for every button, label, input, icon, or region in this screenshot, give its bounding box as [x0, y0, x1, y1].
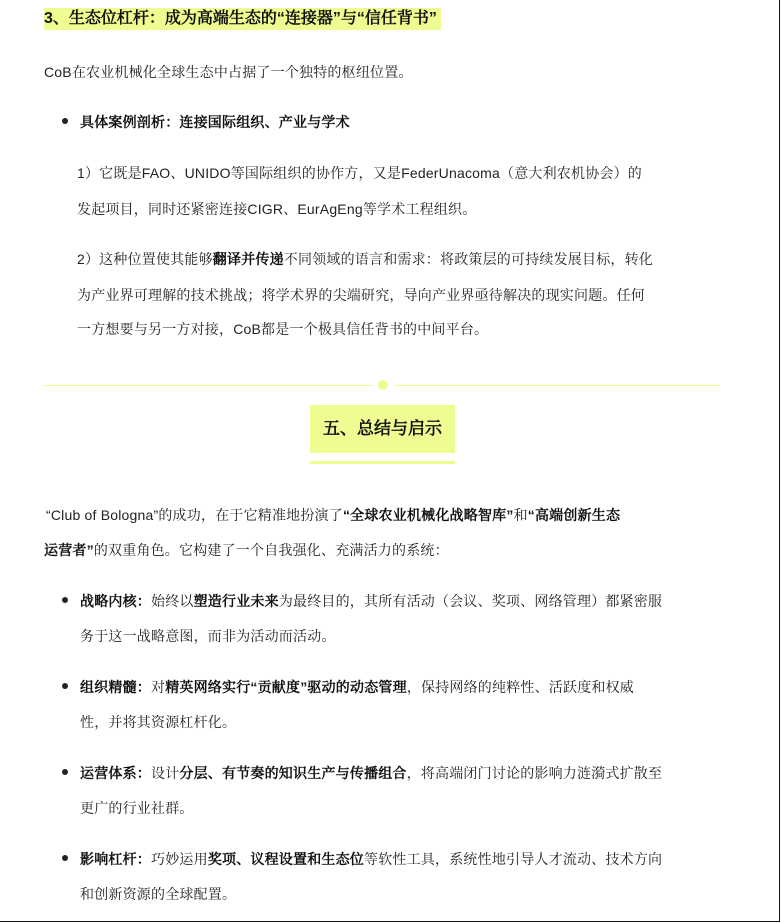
list-item-organization: 组织精髓：对精英网络实行“贡献度”驱动的动态管理，保持网络的纯粹性、活跃度和权威 — [80, 677, 634, 697]
section-underline — [310, 461, 455, 464]
list-item-strategy: 战略内核：始终以塑造行业未来为最终目的，其所有活动（会议、奖项、网络管理）都紧密… — [80, 591, 662, 611]
summary-line2: 运营者”的双重角色。它构建了一个自我强化、充满活力的系统： — [44, 540, 449, 560]
section-title: 五、总结与启示 — [310, 405, 455, 453]
bullet-icon — [62, 597, 68, 603]
bullet-icon — [62, 855, 68, 861]
intro-paragraph: CoB在农业机械化全球生态中占据了一个独特的枢纽位置。 — [44, 62, 413, 82]
point2-line2: 为产业界可理解的技术挑战；将学术界的尖端研究，导向产业界亟待解决的现实问题。任何 — [77, 285, 645, 305]
point2-line1: 2）这种位置使其能够翻译并传递不同领域的语言和需求：将政策层的可持续发展目标，转… — [77, 249, 653, 269]
list-item-influence: 影响杠杆：巧妙运用奖项、议程设置和生态位等软性工具，系统性地引导人才流动、技术方… — [80, 849, 662, 869]
divider-left — [44, 385, 374, 386]
list-item-organization-line2: 性，并将其资源杠杆化。 — [80, 712, 236, 732]
bullet-icon — [62, 118, 68, 124]
bullet-icon — [62, 769, 68, 775]
point2-line3: 一方想要与另一方对接，CoB都是一个极具信任背书的中间平台。 — [77, 319, 488, 339]
summary-line1: “Club of Bologna”的成功，在于它精准地扮演了“全球农业机械化战略… — [46, 505, 620, 525]
bullet-icon — [62, 683, 68, 689]
list-item-operations: 运营体系：设计分层、有节奏的知识生产与传播组合，将高端闭门讨论的影响力涟漪式扩散… — [80, 763, 662, 783]
divider-dot-icon — [378, 380, 388, 390]
subsection-heading: 3、生态位杠杆：成为高端生态的“连接器”与“信任背书” — [44, 8, 441, 30]
divider-right — [394, 385, 720, 386]
list-item-strategy-line2: 务于这一战略意图，而非为活动而活动。 — [80, 626, 336, 646]
case-study-bullet: 具体案例剖析：连接国际组织、产业与学术 — [80, 112, 350, 132]
point1-line1: 1）它既是FAO、UNIDO等国际组织的协作方，又是FederUnacoma（意… — [77, 163, 642, 183]
list-item-operations-line2: 更广的行业社群。 — [80, 798, 194, 818]
point1-line2: 发起项目，同时还紧密连接CIGR、EurAgEng等学术工程组织。 — [77, 199, 476, 219]
list-item-influence-line2: 和创新资源的全球配置。 — [80, 884, 236, 904]
